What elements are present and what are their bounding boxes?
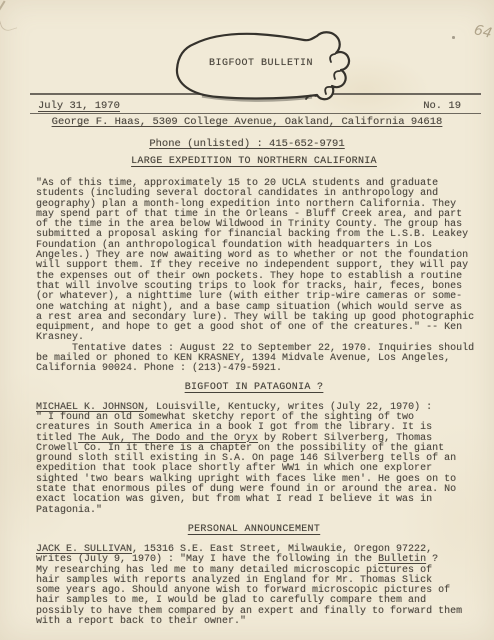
article-title: LARGE EXPEDITION TO NORTHERN CALIFORNIA [131, 156, 377, 167]
article-body-patagonia: MICHAEL K. JOHNSON, Louisville, Kentucky… [36, 403, 472, 516]
article-text: by Robert Silverberg, Thomas Crowell Co.… [36, 433, 456, 516]
article-body-announcement: JACK E. SULLIVAN, 15316 S.E. East Street… [36, 545, 472, 627]
article-title: BIGFOOT IN PATAGONIA ? [185, 382, 324, 393]
articles-column: LARGE EXPEDITION TO NORTHERN CALIFORNIA … [36, 156, 472, 627]
masthead-rule-bottom [30, 113, 481, 115]
article-heading-expedition: LARGE EXPEDITION TO NORTHERN CALIFORNIA [36, 156, 472, 168]
article-text: ? My researching has led me to many deta… [36, 554, 462, 627]
article-heading-patagonia: BIGFOOT IN PATAGONIA ? [36, 382, 472, 394]
editor-phone: Phone (unlisted) : 415-652-9791 [149, 138, 344, 150]
editor-address: George F. Haas, 5309 College Avenue, Oak… [52, 116, 443, 128]
bulletin-logo-title: BIGFOOT BULLETIN [200, 58, 322, 71]
phone-line: Phone (unlisted) : 415-652-9791 [0, 138, 494, 150]
article-text: "As of this time, approximately 15 to 20… [36, 178, 474, 374]
editor-address-line: George F. Haas, 5309 College Avenue, Oak… [0, 116, 494, 128]
ink-fleck [452, 36, 455, 39]
article-title: PERSONAL ANNOUNCEMENT [188, 524, 320, 535]
issue-date: July 31, 1970 [38, 100, 120, 112]
pencil-note: 64 [473, 22, 494, 42]
masthead-logo: BIGFOOT BULLETIN [170, 25, 370, 110]
pencil-squiggle-mark [0, 12, 17, 33]
pencil-tick-mark [0, 1, 6, 14]
article-heading-announcement: PERSONAL ANNOUNCEMENT [36, 524, 472, 536]
article-body-expedition: "As of this time, approximately 15 to 20… [36, 179, 472, 375]
scanned-newsletter-page: 64 BIGFOOT BULLETIN July 31, 1970 No. 19… [0, 0, 494, 640]
issue-number: No. 19 [423, 100, 461, 112]
